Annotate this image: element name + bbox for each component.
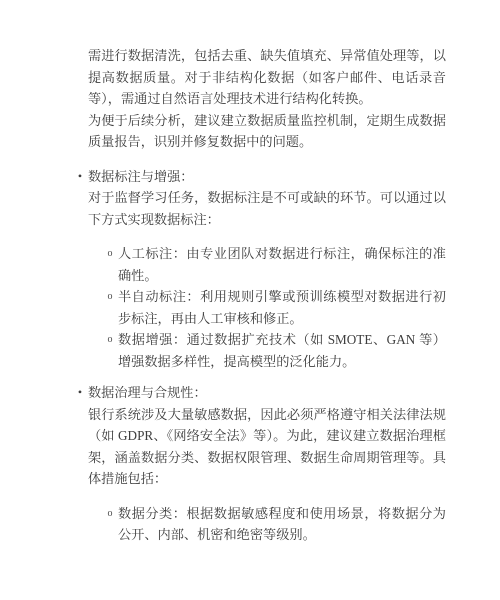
sub-bullet-marker: o [104, 243, 116, 265]
bullet-item: • 数据标注与增强： [88, 166, 446, 188]
sub-bullet-marker: o [104, 503, 116, 525]
document-page: 需进行数据清洗，包括去重、缺失值填充、异常值处理等，以提高数据质量。对于非结构化… [0, 0, 500, 600]
paragraph: 为便于后续分析，建议建立数据质量监控机制，定期生成数据质量报告，识别并修复数据中… [88, 110, 446, 153]
paragraph-text: 银行系统涉及大量敏感数据，因此必须严格遵守相关法律法规（如 GDPR、《网络安全… [88, 407, 446, 487]
bullet-marker: • [74, 382, 86, 404]
sub-bullet-item: o 人工标注：由专业团队对数据进行标注，确保标注的准确性。 [118, 243, 446, 286]
sub-bullet-item: o 数据增强：通过数据扩充技术（如 SMOTE、GAN 等）增强数据多样性，提高… [118, 329, 446, 372]
sub-bullet-text: 半自动标注：利用规则引擎或预训练模型对数据进行初步标注，再由人工审核和修正。 [118, 289, 446, 326]
paragraph-text: 需进行数据清洗，包括去重、缺失值填充、异常值处理等，以提高数据质量。对于非结构化… [88, 48, 446, 106]
bullet-text: 数据治理与合规性： [88, 385, 207, 400]
sub-bullet-text: 数据增强：通过数据扩充技术（如 SMOTE、GAN 等）增强数据多样性，提高模型… [118, 332, 446, 369]
paragraph-text: 为便于后续分析，建议建立数据质量监控机制，定期生成数据质量报告，识别并修复数据中… [88, 113, 446, 150]
paragraph-text: 对于监督学习任务，数据标注是不可或缺的环节。可以通过以下方式实现数据标注： [88, 190, 446, 227]
sub-bullet-text: 人工标注：由专业团队对数据进行标注，确保标注的准确性。 [118, 246, 446, 283]
sub-bullet-item: o 数据分类：根据数据敏感程度和使用场景，将数据分为公开、内部、机密和绝密等级别… [118, 503, 446, 546]
sub-bullet-text: 数据分类：根据数据敏感程度和使用场景，将数据分为公开、内部、机密和绝密等级别。 [118, 506, 446, 543]
paragraph: 对于监督学习任务，数据标注是不可或缺的环节。可以通过以下方式实现数据标注： [88, 187, 446, 230]
bullet-text: 数据标注与增强： [88, 169, 194, 184]
bullet-item: • 数据治理与合规性： [88, 382, 446, 404]
bullet-marker: • [74, 166, 86, 188]
sub-bullet-item: o 半自动标注：利用规则引擎或预训练模型对数据进行初步标注，再由人工审核和修正。 [118, 286, 446, 329]
sub-bullet-marker: o [104, 286, 116, 308]
paragraph: 银行系统涉及大量敏感数据，因此必须严格遵守相关法律法规（如 GDPR、《网络安全… [88, 404, 446, 490]
sub-bullet-marker: o [104, 329, 116, 351]
paragraph: 需进行数据清洗，包括去重、缺失值填充、异常值处理等，以提高数据质量。对于非结构化… [88, 45, 446, 110]
